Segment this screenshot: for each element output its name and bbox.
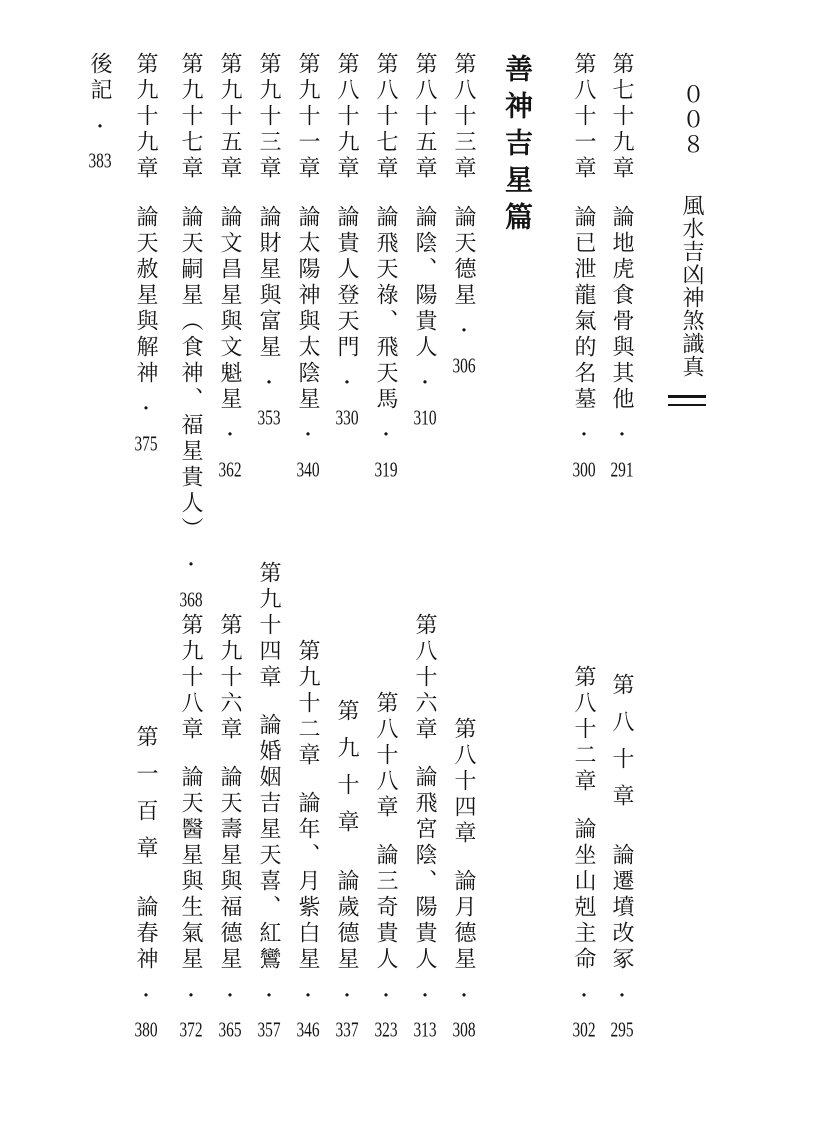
- chapter-number: 第九十八章: [178, 613, 205, 743]
- page-number: 323: [372, 1019, 399, 1040]
- chapter-title: 論陰、陽貴人: [412, 205, 439, 361]
- chapter-title: 論地虎食骨與其他: [609, 205, 636, 413]
- page-number: 308: [450, 1019, 477, 1040]
- dot-separator: ・: [570, 426, 597, 444]
- toc-entry: 第一百章 論春神 ・ 380: [132, 725, 160, 1041]
- page-number: 380: [132, 1019, 159, 1040]
- chapter-title: 論太陽神與太陰星: [295, 205, 322, 413]
- dot-separator: ・: [411, 374, 438, 392]
- chapter-number: 第八十五章: [412, 52, 439, 182]
- dot-separator: ・: [216, 426, 243, 444]
- chapter-title: 論歲德星: [334, 869, 361, 973]
- chapter-title: 論飛天祿、飛天馬: [373, 205, 400, 413]
- toc-entry: 第七十九章 論地虎食骨與其他 ・ 291: [608, 52, 636, 480]
- page-number: 295: [608, 1019, 635, 1040]
- toc-entry: 第八十章 論遷墳改冢 ・ 295: [608, 673, 636, 1041]
- page-number: 319: [372, 459, 399, 480]
- page-number: 300: [570, 459, 597, 480]
- page-number: 310: [411, 407, 438, 428]
- toc-entry: 第九十六章 論天壽星與福德星 ・ 365: [216, 613, 244, 1041]
- chapter-title: 論坐山剋主命: [571, 817, 598, 973]
- toc-entry: 第九十八章 論天醫星與生氣星 ・ 372: [177, 613, 205, 1041]
- dot-separator: ・: [294, 426, 321, 444]
- dot-separator: ・: [177, 556, 204, 574]
- toc-entry: 第九十二章 論年、月紫白星 ・ 346: [294, 639, 322, 1041]
- chapter-number: 第九十五章: [217, 52, 244, 182]
- chapter-title: 論文昌星與文魁星: [217, 205, 244, 413]
- dot-separator: ・: [216, 987, 243, 1005]
- chapter-title: 論財星與富星: [256, 205, 283, 361]
- chapter-title: 論天赦星與解神: [133, 205, 160, 387]
- page-number: 365: [216, 1019, 243, 1040]
- toc-entry: 第九十九章 論天赦星與解神 ・ 375: [132, 52, 160, 454]
- dot-separator: ・: [372, 426, 399, 444]
- chapter-title: 論遷墳改冢: [609, 843, 636, 973]
- dot-separator: ・: [177, 987, 204, 1005]
- chapter-number: 第九十一章: [295, 52, 322, 182]
- chapter-number: 第九十七章: [178, 52, 205, 182]
- chapter-title: 論婚姻吉星天喜、紅鸞: [256, 713, 283, 973]
- chapter-title: 論貴人登天門: [334, 205, 361, 361]
- chapter-number: 第八十四章: [451, 717, 478, 847]
- dot-separator: ・: [372, 987, 399, 1005]
- dot-separator: ・: [294, 987, 321, 1005]
- dot-separator: ・: [608, 987, 635, 1005]
- chapter-number: 第八十三章: [451, 52, 478, 182]
- chapter-number: 第九十二章: [295, 639, 322, 769]
- page-number: 306: [450, 355, 477, 376]
- dot-separator: ・: [132, 400, 159, 418]
- page-number: 291: [608, 459, 635, 480]
- dot-separator: ・: [608, 426, 635, 444]
- toc-entry: 第八十七章 論飛天祿、飛天馬 ・ 319: [372, 52, 400, 480]
- chapter-number: 第一百章: [133, 725, 160, 873]
- chapter-number: 第八十九章: [334, 52, 361, 182]
- toc-entry: 第九十四章 論婚姻吉星天喜、紅鸞 ・ 357: [255, 561, 283, 1041]
- afterword-label: 後記: [87, 52, 114, 104]
- chapter-number: 第九十章: [334, 699, 361, 847]
- dot-separator: ・: [570, 987, 597, 1005]
- page-number: 375: [132, 433, 159, 454]
- page-number: 313: [411, 1019, 438, 1040]
- page-number: 340: [294, 459, 321, 480]
- toc-entry: 第八十三章 論天德星 ・ 306: [450, 52, 478, 376]
- toc-entry: 第八十二章 論坐山剋主命 ・ 302: [570, 665, 598, 1041]
- dot-separator: ・: [333, 374, 360, 392]
- chapter-number: 第八十二章: [571, 665, 598, 795]
- dot-separator: ・: [86, 118, 113, 136]
- double-rule-icon: [668, 395, 706, 406]
- chapter-title: 論已泄龍氣的名墓: [571, 205, 598, 413]
- chapter-number: 第九十三章: [256, 52, 283, 182]
- chapter-title: 論月德星: [451, 869, 478, 973]
- toc-entry: 第八十四章 論月德星 ・ 308: [450, 717, 478, 1041]
- chapter-number: 第九十九章: [133, 52, 160, 182]
- chapter-title: 論年、月紫白星: [295, 791, 322, 973]
- page-number: 302: [570, 1019, 597, 1040]
- running-head: ００８ 風水吉凶神煞識真: [678, 83, 706, 406]
- page-number: 357: [255, 1019, 282, 1040]
- toc-entry: 第八十八章 論三奇貴人 ・ 323: [372, 691, 400, 1041]
- page-number: 362: [216, 459, 243, 480]
- dot-separator: ・: [333, 987, 360, 1005]
- toc-entry: 第九十七章 論天嗣星（食神、福星貴人） ・ 368: [177, 52, 205, 610]
- dot-separator: ・: [132, 987, 159, 1005]
- chapter-number: 第八十一章: [571, 52, 598, 182]
- toc-entry: 第八十九章 論貴人登天門 ・ 330: [333, 52, 361, 428]
- dot-separator: ・: [255, 374, 282, 392]
- page-number: 353: [255, 407, 282, 428]
- chapter-title: 論天醫星與生氣星: [178, 765, 205, 973]
- section-heading: 善神吉星篇: [500, 54, 532, 239]
- chapter-title: 論天德星: [451, 205, 478, 309]
- chapter-number: 第七十九章: [609, 52, 636, 182]
- chapter-title: 論春神: [133, 895, 160, 973]
- toc-entry: 第八十五章 論陰、陽貴人 ・ 310: [411, 52, 439, 428]
- page-number: 346: [294, 1019, 321, 1040]
- chapter-number: 第八十八章: [373, 691, 400, 821]
- dot-separator: ・: [450, 987, 477, 1005]
- chapter-number: 第八十六章: [412, 613, 439, 743]
- chapter-number: 第九十四章: [256, 561, 283, 691]
- chapter-title: 論天嗣星（食神、福星貴人）: [178, 205, 205, 543]
- page-number: 368: [177, 589, 204, 610]
- toc-entry: 第九十五章 論文昌星與文魁星 ・ 362: [216, 52, 244, 480]
- page-number: 372: [177, 1019, 204, 1040]
- page-number: 383: [86, 150, 113, 171]
- chapter-number: 第九十六章: [217, 613, 244, 743]
- chapter-title: 論天壽星與福德星: [217, 765, 244, 973]
- book-title: 風水吉凶神煞識真: [679, 194, 706, 378]
- dot-separator: ・: [411, 987, 438, 1005]
- folio-number: ００８: [679, 83, 706, 158]
- dot-separator: ・: [450, 322, 477, 340]
- chapter-number: 第八十七章: [373, 52, 400, 182]
- toc-entry: 第八十一章 論已泄龍氣的名墓 ・ 300: [570, 52, 598, 480]
- chapter-title: 論三奇貴人: [373, 843, 400, 973]
- chapter-title: 論飛宮陰、陽貴人: [412, 765, 439, 973]
- chapter-number: 第八十章: [609, 673, 636, 821]
- toc-entry: 第九十一章 論太陽神與太陰星 ・ 340: [294, 52, 322, 480]
- scanned-toc-page: ００８ 風水吉凶神煞識真 第七十九章 論地虎食骨與其他 ・ 291 第八十章 論…: [0, 0, 816, 1147]
- dot-separator: ・: [255, 987, 282, 1005]
- page-number: 330: [333, 407, 360, 428]
- toc-entry: 第九十章 論歲德星 ・ 337: [333, 699, 361, 1041]
- page-number: 337: [333, 1019, 360, 1040]
- toc-entry: 第九十三章 論財星與富星 ・ 353: [255, 52, 283, 428]
- toc-entry: 第八十六章 論飛宮陰、陽貴人 ・ 313: [411, 613, 439, 1041]
- toc-entry-afterword: 後記 ・ 383: [86, 52, 114, 171]
